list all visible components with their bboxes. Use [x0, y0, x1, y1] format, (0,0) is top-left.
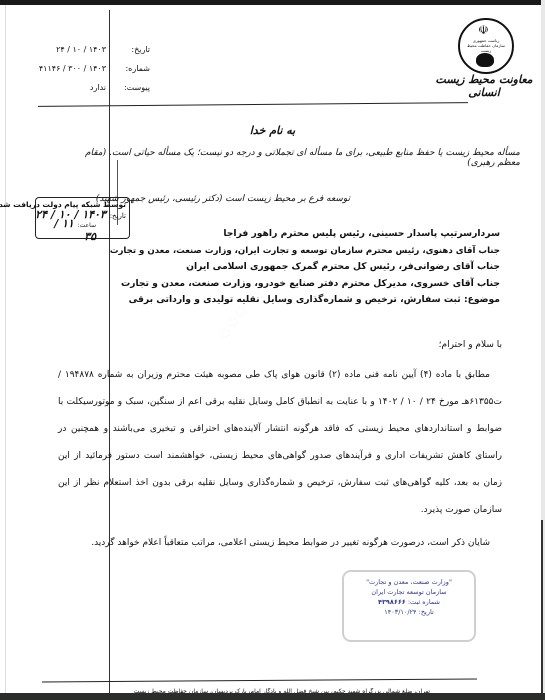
meta-value: ۱۴۰۳ / ۳۰۰ / ۴۱۱۴۶ — [20, 64, 114, 73]
meta-attachment: پیوست: ندارد — [20, 78, 150, 97]
recipient: جناب آقای دهنوی، رئیس محترم سازمان توسعه… — [60, 243, 500, 260]
meta-number: شماره: ۱۴۰۳ / ۳۰۰ / ۴۱۱۴۶ — [20, 59, 150, 78]
reg-date-label: تاریخ: — [419, 608, 434, 616]
registration-stamp: "وزارت صنعت، معدن و تجارت" سازمان توسعه … — [342, 570, 476, 642]
reg-line-org: سازمان توسعه تجارت ایران — [344, 587, 474, 597]
leader-quote: مسأله محیط زیست یا حفظ منابع طبیعی، برای… — [80, 148, 520, 168]
iran-emblem-icon: ☫ ریاست جمهوری سازمان حفاظت محیط زیست — [458, 18, 514, 74]
recipient: سردارسرتیپ پاسدار حسینی، رئیس پلیس محترم… — [60, 226, 500, 243]
meta-value: ندارد — [20, 83, 114, 92]
emblem-glyph-icon: ☫ — [478, 23, 489, 37]
meta-label: پیوست: — [114, 83, 150, 92]
recipients-block: سردارسرتیپ پاسدار حسینی، رئیس پلیس محترم… — [60, 226, 500, 309]
reg-number-label: شماره ثبت: — [408, 598, 440, 606]
letter-meta: تاریخ: ۱۴۰۳ / ۱۰ / ۲۴ شماره: ۱۴۰۳ / ۳۰۰ … — [20, 40, 150, 97]
reg-line-date: تاریخ: ۱۴۰۳/۱۰/۲۴ — [344, 607, 474, 617]
stamp-date-label: تاریخ: — [110, 212, 126, 220]
meta-label: شماره: — [114, 64, 150, 73]
subject-line: موضوع: ثبت سفارش، ترخیص و شماره‌گذاری وس… — [60, 292, 500, 309]
emblem-text: ریاست جمهوری سازمان حفاظت محیط زیست — [466, 38, 506, 53]
org-logo: ☫ ریاست جمهوری سازمان حفاظت محیط زیست مع… — [430, 18, 538, 108]
recipient: جناب آقای خسروی، مدیرکل محترم دفتر صنایع… — [60, 276, 500, 293]
body-paragraph: مطابق با ماده (۴) آیین نامه فنی ماده (۲)… — [58, 362, 502, 524]
scan-left-edge — [5, 5, 6, 695]
body-paragraph-closing: شایان ذکر است، درصورت هرگونه تغییر در ضو… — [58, 530, 502, 557]
reg-line-ministry: "وزارت صنعت، معدن و تجارت" — [344, 577, 474, 587]
recipient: جناب آقای رضوانی‌فر، رئیس کل محترم گمرک … — [60, 259, 500, 276]
meta-value: ۱۴۰۳ / ۱۰ / ۲۴ — [20, 45, 114, 54]
environment-logo-icon — [476, 53, 494, 67]
bismillah-heading: به نام خدا — [0, 124, 545, 137]
scan-bottom-edge — [0, 693, 545, 700]
org-caption: معاونت محیط زیست انسانی — [430, 73, 538, 99]
meta-date: تاریخ: ۱۴۰۳ / ۱۰ / ۲۴ — [20, 40, 150, 59]
reg-number-value: ۴۳۹۸۶۶۶ — [378, 598, 406, 606]
meta-label: تاریخ: — [114, 45, 150, 54]
greeting: با سلام و احترام؛ — [58, 332, 502, 359]
reg-date-value: ۱۴۰۳/۱۰/۲۴ — [384, 608, 416, 616]
letter-body: با سلام و احترام؛ مطابق با ماده (۴) آیین… — [58, 332, 502, 557]
reg-line-number: شماره ثبت: ۴۳۹۸۶۶۶ — [344, 597, 474, 607]
scan-right-shadow — [541, 520, 543, 695]
